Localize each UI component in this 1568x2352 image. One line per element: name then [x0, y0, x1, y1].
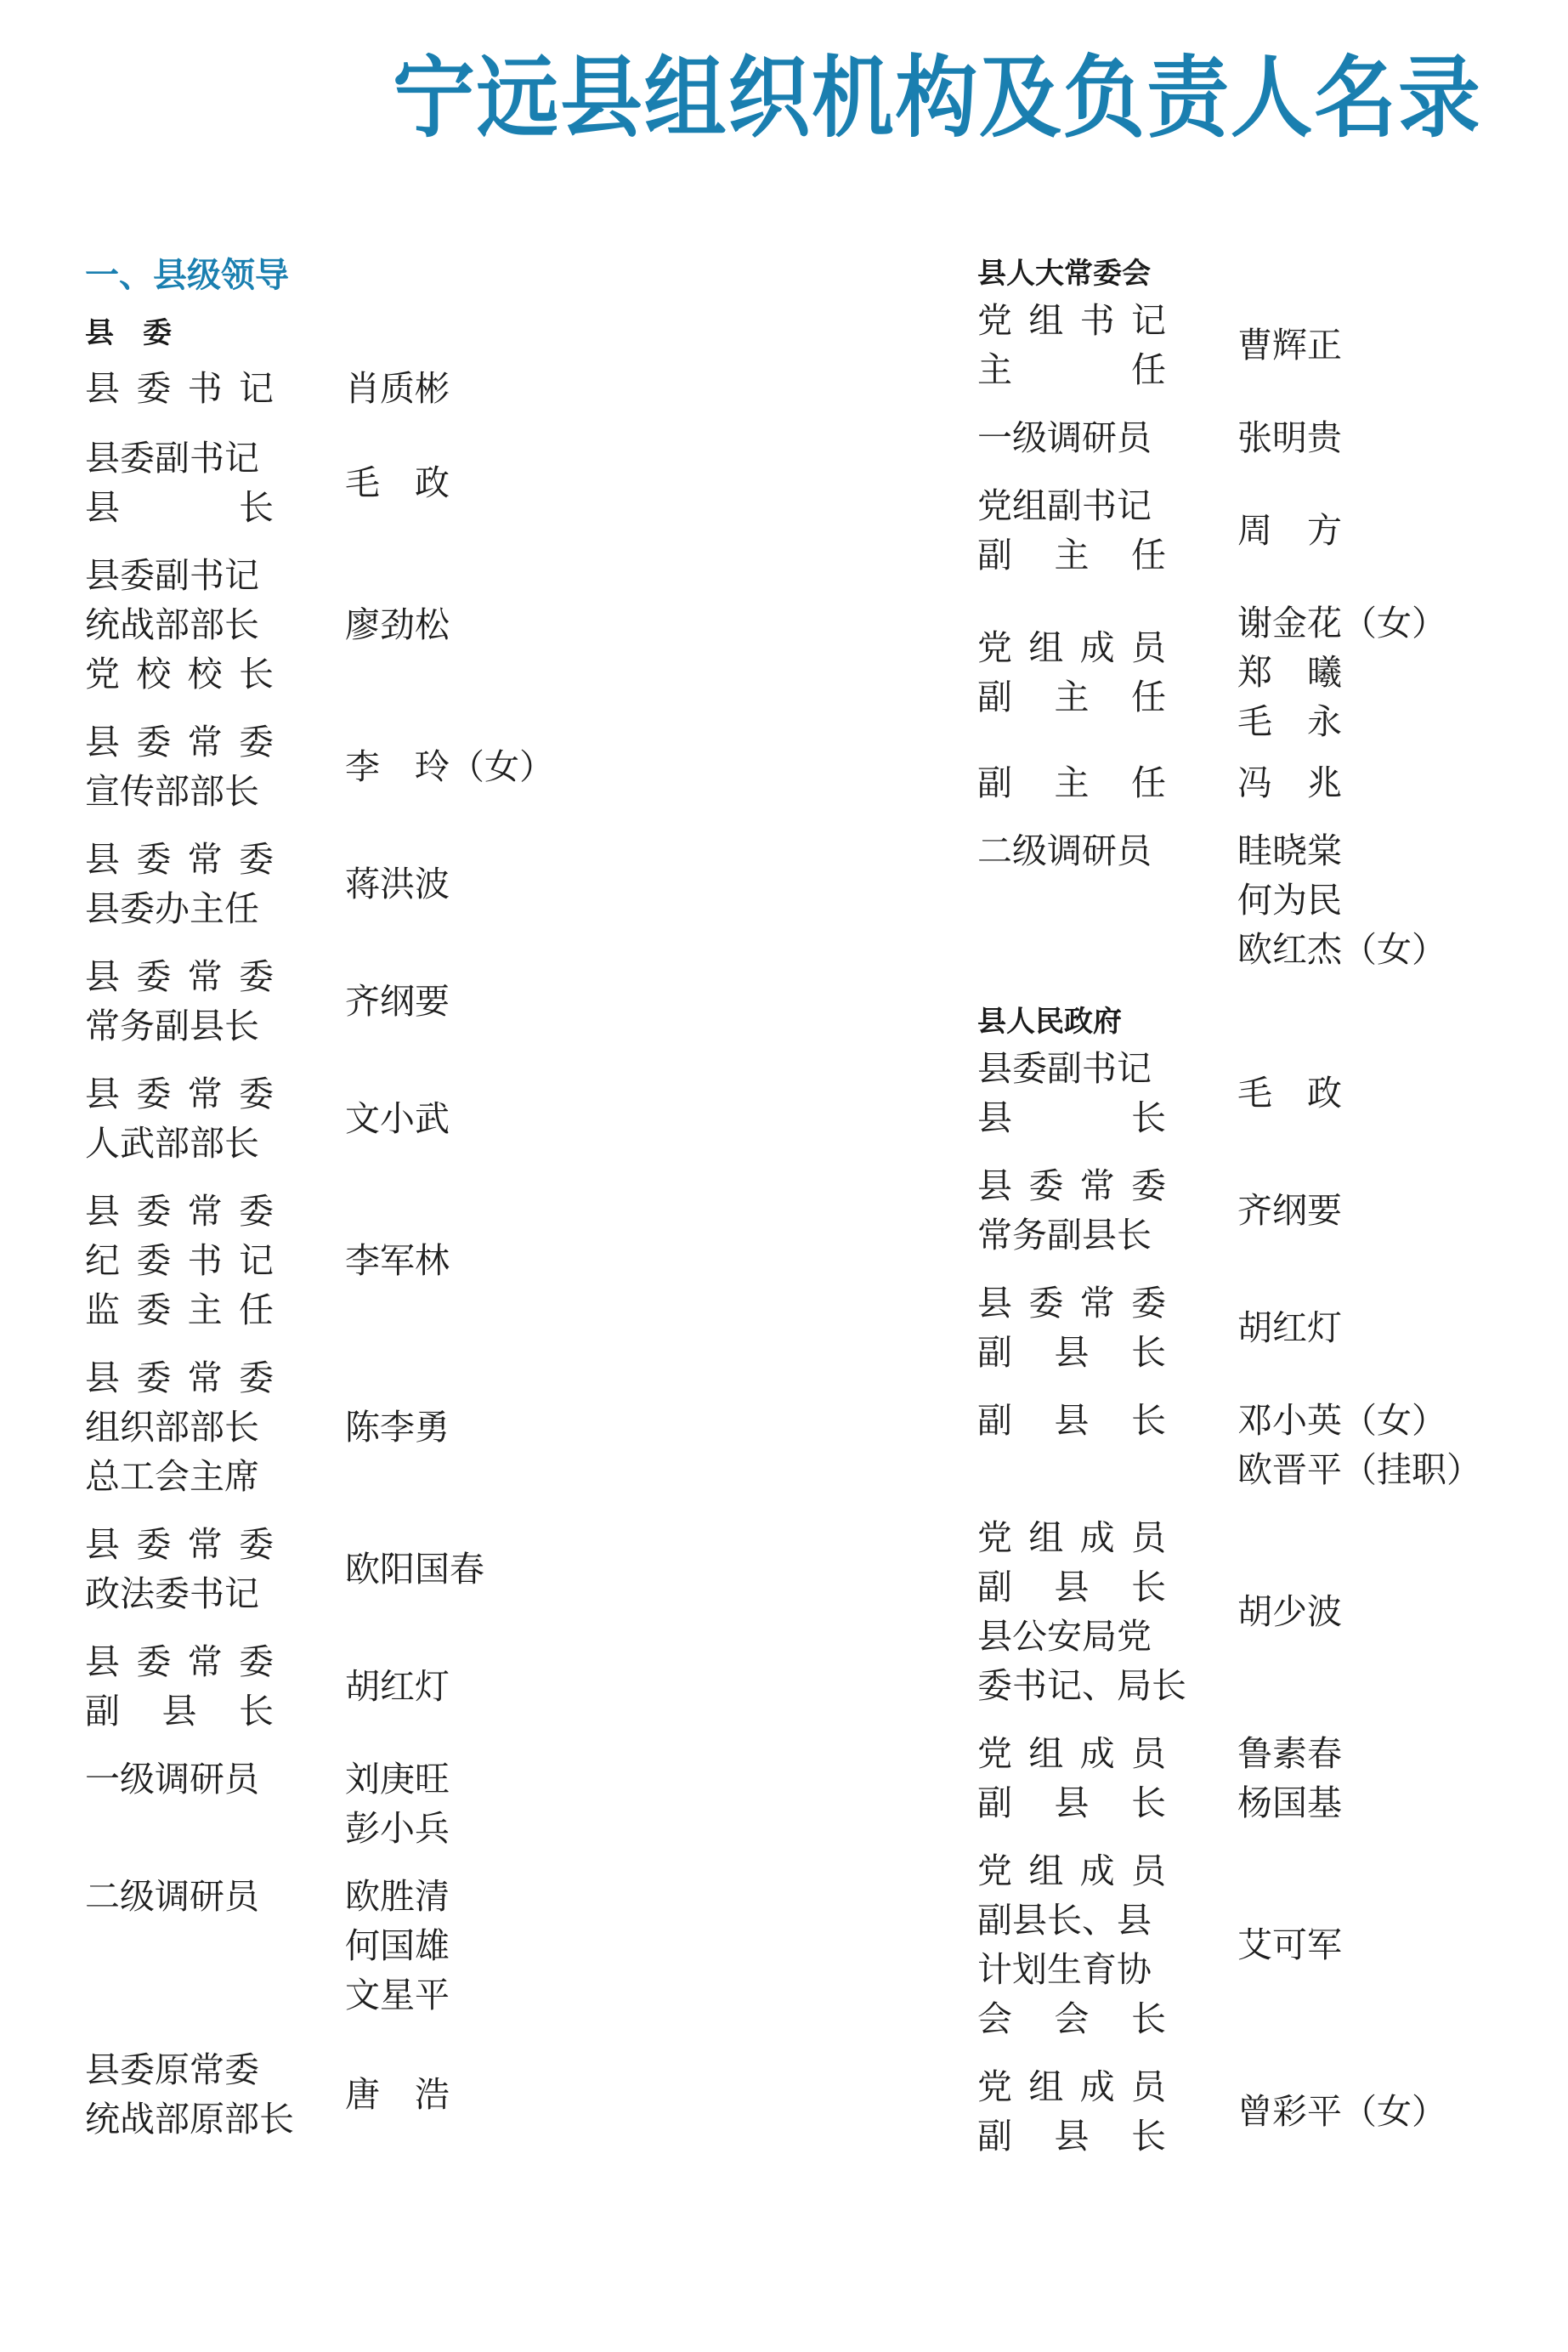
person-names: 鲁素春杨国基	[1237, 1729, 1342, 1828]
position-titles: 县委常委常务副县长	[977, 1161, 1237, 1260]
position-title: 副主任	[977, 672, 1166, 722]
person-names: 刘庚旺彭小兵	[345, 1754, 450, 1853]
person-names: 齐纲要	[1237, 1186, 1342, 1235]
position-title: 组织部部长	[85, 1403, 345, 1452]
person-name: 欧阳国春	[345, 1544, 484, 1594]
leader-entry: 二级调研员眭晓棠何为民欧红杰（女）	[977, 826, 1568, 974]
person-name: 郑 曦	[1237, 648, 1446, 697]
position-titles: 县委常委常务副县长	[85, 952, 345, 1051]
person-name: 胡少波	[1237, 1587, 1342, 1636]
position-title: 委书记、局长	[977, 1661, 1237, 1710]
position-title: 县委常委	[85, 1069, 274, 1119]
leader-entry: 党组成员副县长曾彩平（女）	[977, 2062, 1568, 2161]
person-name: 曾彩平（女）	[1237, 2087, 1446, 2136]
left-column: 县 委 县委书记肖质彬县委副书记县长毛 政县委副书记统战部部长党校校长廖劲松县委…	[85, 311, 697, 2144]
person-names: 毛 政	[345, 458, 450, 507]
person-name: 刘庚旺	[345, 1754, 450, 1804]
person-name: 文星平	[345, 1970, 450, 2020]
leader-entry: 县委副书记统战部部长党校校长廖劲松	[85, 551, 697, 699]
position-title: 常务副县长	[85, 1001, 345, 1051]
position-title: 副县长	[977, 1396, 1166, 1445]
leader-entry: 县委常委人武部部长文小武	[85, 1069, 697, 1168]
person-name: 艾可军	[1237, 1920, 1342, 1969]
position-title: 政法委书记	[85, 1569, 345, 1618]
group-entries-list: 党组书记主任曹辉正一级调研员张明贵党组副书记副主任周 方党组成员副主任谢金花（女…	[977, 296, 1568, 974]
leader-entry: 副县长邓小英（女）欧晋平（挂职）	[977, 1396, 1568, 1494]
position-title: 县委常委	[85, 717, 274, 767]
person-names: 文小武	[345, 1094, 450, 1143]
person-name: 张明贵	[1237, 413, 1342, 462]
position-title: 一级调研员	[977, 413, 1237, 462]
position-title: 县公安局党	[977, 1612, 1237, 1661]
position-title: 县委常委	[977, 1278, 1166, 1328]
position-title: 监委主任	[85, 1285, 274, 1335]
position-title: 县委常委	[85, 1187, 274, 1236]
position-title: 县委常委	[85, 835, 274, 884]
leader-entry: 一级调研员刘庚旺彭小兵	[85, 1754, 697, 1853]
person-name: 李 玲（女）	[345, 742, 554, 791]
position-title: 县委常委	[85, 1637, 274, 1686]
person-names: 张明贵	[1237, 413, 1342, 462]
leader-entry: 县委常委组织部部长总工会主席陈李勇	[85, 1353, 697, 1501]
leader-entry: 副主任冯 兆	[977, 758, 1568, 808]
position-title: 县委办主任	[85, 884, 345, 933]
leader-entry: 县委常委县委办主任蒋洪波	[85, 835, 697, 933]
org-heading-county-government: 县人民政府	[977, 1000, 1568, 1044]
person-name: 杨国基	[1237, 1778, 1342, 1828]
position-titles: 党组成员副县长	[977, 2062, 1237, 2161]
org-heading-npc-standing-committee: 县人大常委会	[977, 252, 1568, 296]
person-name: 曹辉正	[1237, 320, 1342, 370]
position-titles: 县委副书记统战部部长党校校长	[85, 551, 345, 699]
leader-entry: 县委副书记县长毛 政	[85, 434, 697, 532]
person-name: 眭晓棠	[1237, 826, 1446, 876]
person-names: 周 方	[1237, 506, 1342, 555]
person-names: 李 玲（女）	[345, 742, 554, 791]
person-name: 鲁素春	[1237, 1729, 1342, 1778]
position-titles: 县委常委纪委书记监委主任	[85, 1187, 345, 1335]
position-title: 副主任	[977, 530, 1166, 580]
position-titles: 县委原常委统战部原部长	[85, 2045, 345, 2144]
person-name: 毛 永	[1237, 697, 1446, 746]
person-names: 廖劲松	[345, 600, 450, 649]
position-titles: 县委常委县委办主任	[85, 835, 345, 933]
position-title: 统战部部长	[85, 600, 345, 649]
person-name: 齐纲要	[1237, 1186, 1342, 1235]
person-names: 蒋洪波	[345, 859, 450, 909]
person-names: 李军林	[345, 1236, 450, 1285]
person-names: 邓小英（女）欧晋平（挂职）	[1237, 1396, 1481, 1494]
position-title: 县委副书记	[85, 434, 345, 483]
right-column: 县人大常委会党组书记主任曹辉正一级调研员张明贵党组副书记副主任周 方党组成员副主…	[977, 252, 1568, 2161]
leader-entry: 党组成员副县长鲁素春杨国基	[977, 1729, 1568, 1828]
group-entries-list: 县委副书记县长毛 政县委常委常务副县长齐纲要县委常委副县长胡红灯副县长邓小英（女…	[977, 1044, 1568, 2161]
person-names: 胡红灯	[1237, 1303, 1342, 1352]
position-title: 计划生育协	[977, 1945, 1237, 1994]
position-titles: 二级调研员	[977, 826, 1237, 876]
person-names: 欧胜清何国雄文星平	[345, 1872, 450, 2020]
leader-entry: 县委常委宣传部部长李 玲（女）	[85, 717, 697, 816]
position-titles: 县委副书记县长	[977, 1044, 1237, 1142]
person-names: 曾彩平（女）	[1237, 2087, 1446, 2136]
position-titles: 党组成员副县长	[977, 1729, 1237, 1828]
position-title: 党组副书记	[977, 481, 1237, 530]
position-title: 县委常委	[85, 1520, 274, 1569]
page-title: 宁远县组织机构及负责人名录	[393, 43, 1420, 153]
position-titles: 党组副书记副主任	[977, 481, 1237, 580]
position-title: 二级调研员	[85, 1872, 345, 1921]
leader-entry: 党组副书记副主任周 方	[977, 481, 1568, 580]
leader-entry: 县委常委副县长胡红灯	[977, 1278, 1568, 1377]
person-name: 周 方	[1237, 506, 1342, 555]
position-title: 县长	[977, 1093, 1166, 1142]
leader-entry: 县委常委纪委书记监委主任李军林	[85, 1187, 697, 1335]
leader-entry: 县委常委常务副县长齐纲要	[977, 1161, 1568, 1260]
person-names: 陈李勇	[345, 1403, 450, 1452]
position-title: 县委副书记	[977, 1044, 1237, 1093]
position-titles: 一级调研员	[977, 413, 1237, 462]
person-name: 陈李勇	[345, 1403, 450, 1452]
person-names: 毛 政	[1237, 1068, 1342, 1118]
person-name: 肖质彬	[345, 364, 450, 413]
position-title: 统战部原部长	[85, 2094, 345, 2144]
position-title: 二级调研员	[977, 826, 1237, 876]
position-title: 县委副书记	[85, 551, 345, 600]
person-names: 谢金花（女）郑 曦毛 永	[1237, 598, 1446, 746]
leader-entry: 党组成员副县长、县计划生育协会会长艾可军	[977, 1846, 1568, 2043]
position-title: 常务副县长	[977, 1210, 1237, 1260]
position-title: 会会长	[977, 1994, 1166, 2043]
person-name: 谢金花（女）	[1237, 598, 1446, 648]
person-name: 文小武	[345, 1094, 450, 1143]
leader-entry: 县委副书记县长毛 政	[977, 1044, 1568, 1142]
position-titles: 县委副书记县长	[85, 434, 345, 532]
position-titles: 党组成员副县长、县计划生育协会会长	[977, 1846, 1237, 2043]
person-name: 欧红杰（女）	[1237, 925, 1446, 974]
position-title: 党组成员	[977, 1513, 1166, 1562]
person-name: 廖劲松	[345, 600, 450, 649]
person-name: 冯 兆	[1237, 758, 1342, 808]
position-title: 县长	[85, 483, 274, 532]
position-title: 副县长	[977, 1328, 1166, 1377]
position-title: 副县长、县	[977, 1896, 1237, 1945]
person-names: 齐纲要	[345, 977, 450, 1026]
left-entries-list: 县委书记肖质彬县委副书记县长毛 政县委副书记统战部部长党校校长廖劲松县委常委宣传…	[85, 364, 697, 2144]
position-title: 党组成员	[977, 1729, 1166, 1778]
person-name: 何国雄	[345, 1921, 450, 1970]
position-title: 纪委书记	[85, 1236, 274, 1285]
leader-entry: 党组书记主任曹辉正	[977, 296, 1568, 394]
position-title: 县委常委	[85, 952, 274, 1001]
org-heading-county-committee: 县 委	[85, 311, 697, 355]
position-title: 党组书记	[977, 296, 1166, 345]
leader-entry: 一级调研员张明贵	[977, 413, 1568, 462]
person-names: 唐 浩	[345, 2070, 450, 2119]
person-names: 冯 兆	[1237, 758, 1342, 808]
position-titles: 县委常委宣传部部长	[85, 717, 345, 816]
leader-entry: 党组成员副县长县公安局党委书记、局长胡少波	[977, 1513, 1568, 1710]
position-title: 县委常委	[85, 1353, 274, 1403]
leader-entry: 二级调研员欧胜清何国雄文星平	[85, 1872, 697, 2020]
leader-entry: 县委原常委统战部原部长唐 浩	[85, 2045, 697, 2144]
person-names: 欧阳国春	[345, 1544, 484, 1594]
person-name: 何为民	[1237, 876, 1446, 925]
person-names: 眭晓棠何为民欧红杰（女）	[1237, 826, 1446, 974]
person-names: 肖质彬	[345, 364, 450, 413]
position-title: 副县长	[977, 1778, 1166, 1828]
person-name: 毛 政	[1237, 1068, 1342, 1118]
person-name: 毛 政	[345, 458, 450, 507]
person-name: 齐纲要	[345, 977, 450, 1026]
position-title: 副主任	[977, 758, 1166, 808]
person-name: 彭小兵	[345, 1804, 450, 1853]
position-titles: 党组成员副主任	[977, 623, 1237, 722]
person-name: 邓小英（女）	[1237, 1396, 1481, 1445]
person-names: 艾可军	[1237, 1920, 1342, 1969]
position-titles: 县委常委副县长	[977, 1278, 1237, 1377]
position-titles: 县委常委副县长	[85, 1637, 345, 1736]
position-title: 党组成员	[977, 2062, 1166, 2111]
section-heading-county-leaders: 一、县级领导	[85, 252, 289, 299]
position-titles: 党组书记主任	[977, 296, 1237, 394]
position-title: 党组成员	[977, 623, 1166, 672]
position-titles: 县委常委组织部部长总工会主席	[85, 1353, 345, 1501]
person-name: 唐 浩	[345, 2070, 450, 2119]
position-title: 党组成员	[977, 1846, 1166, 1896]
position-title: 副县长	[977, 1562, 1166, 1612]
position-title: 主任	[977, 345, 1166, 394]
person-name: 胡红灯	[345, 1662, 450, 1711]
person-names: 曹辉正	[1237, 320, 1342, 370]
position-title: 县委常委	[977, 1161, 1166, 1210]
person-names: 胡红灯	[345, 1662, 450, 1711]
position-title: 一级调研员	[85, 1754, 345, 1804]
position-titles: 二级调研员	[85, 1872, 345, 1921]
position-title: 县委原常委	[85, 2045, 345, 2094]
leader-entry: 县委常委政法委书记欧阳国春	[85, 1520, 697, 1618]
position-titles: 副主任	[977, 758, 1237, 808]
position-title: 人武部部长	[85, 1119, 345, 1168]
leader-entry: 县委常委常务副县长齐纲要	[85, 952, 697, 1051]
person-name: 李军林	[345, 1236, 450, 1285]
leader-entry: 县委常委副县长胡红灯	[85, 1637, 697, 1736]
person-name: 胡红灯	[1237, 1303, 1342, 1352]
person-name: 欧胜清	[345, 1872, 450, 1921]
position-titles: 党组成员副县长县公安局党委书记、局长	[977, 1513, 1237, 1710]
position-titles: 一级调研员	[85, 1754, 345, 1804]
person-name: 欧晋平（挂职）	[1237, 1445, 1481, 1494]
person-names: 胡少波	[1237, 1587, 1342, 1636]
position-titles: 县委常委人武部部长	[85, 1069, 345, 1168]
position-title: 党校校长	[85, 649, 274, 699]
position-titles: 县委书记	[85, 364, 345, 413]
position-titles: 县委常委政法委书记	[85, 1520, 345, 1618]
position-title: 县委书记	[85, 364, 274, 413]
position-title: 副县长	[85, 1686, 274, 1736]
leader-entry: 党组成员副主任谢金花（女）郑 曦毛 永	[977, 598, 1568, 746]
leader-entry: 县委书记肖质彬	[85, 364, 697, 413]
person-name: 蒋洪波	[345, 859, 450, 909]
position-title: 宣传部部长	[85, 767, 345, 816]
position-titles: 副县长	[977, 1396, 1237, 1445]
position-title: 副县长	[977, 2111, 1166, 2161]
position-title: 总工会主席	[85, 1452, 345, 1501]
